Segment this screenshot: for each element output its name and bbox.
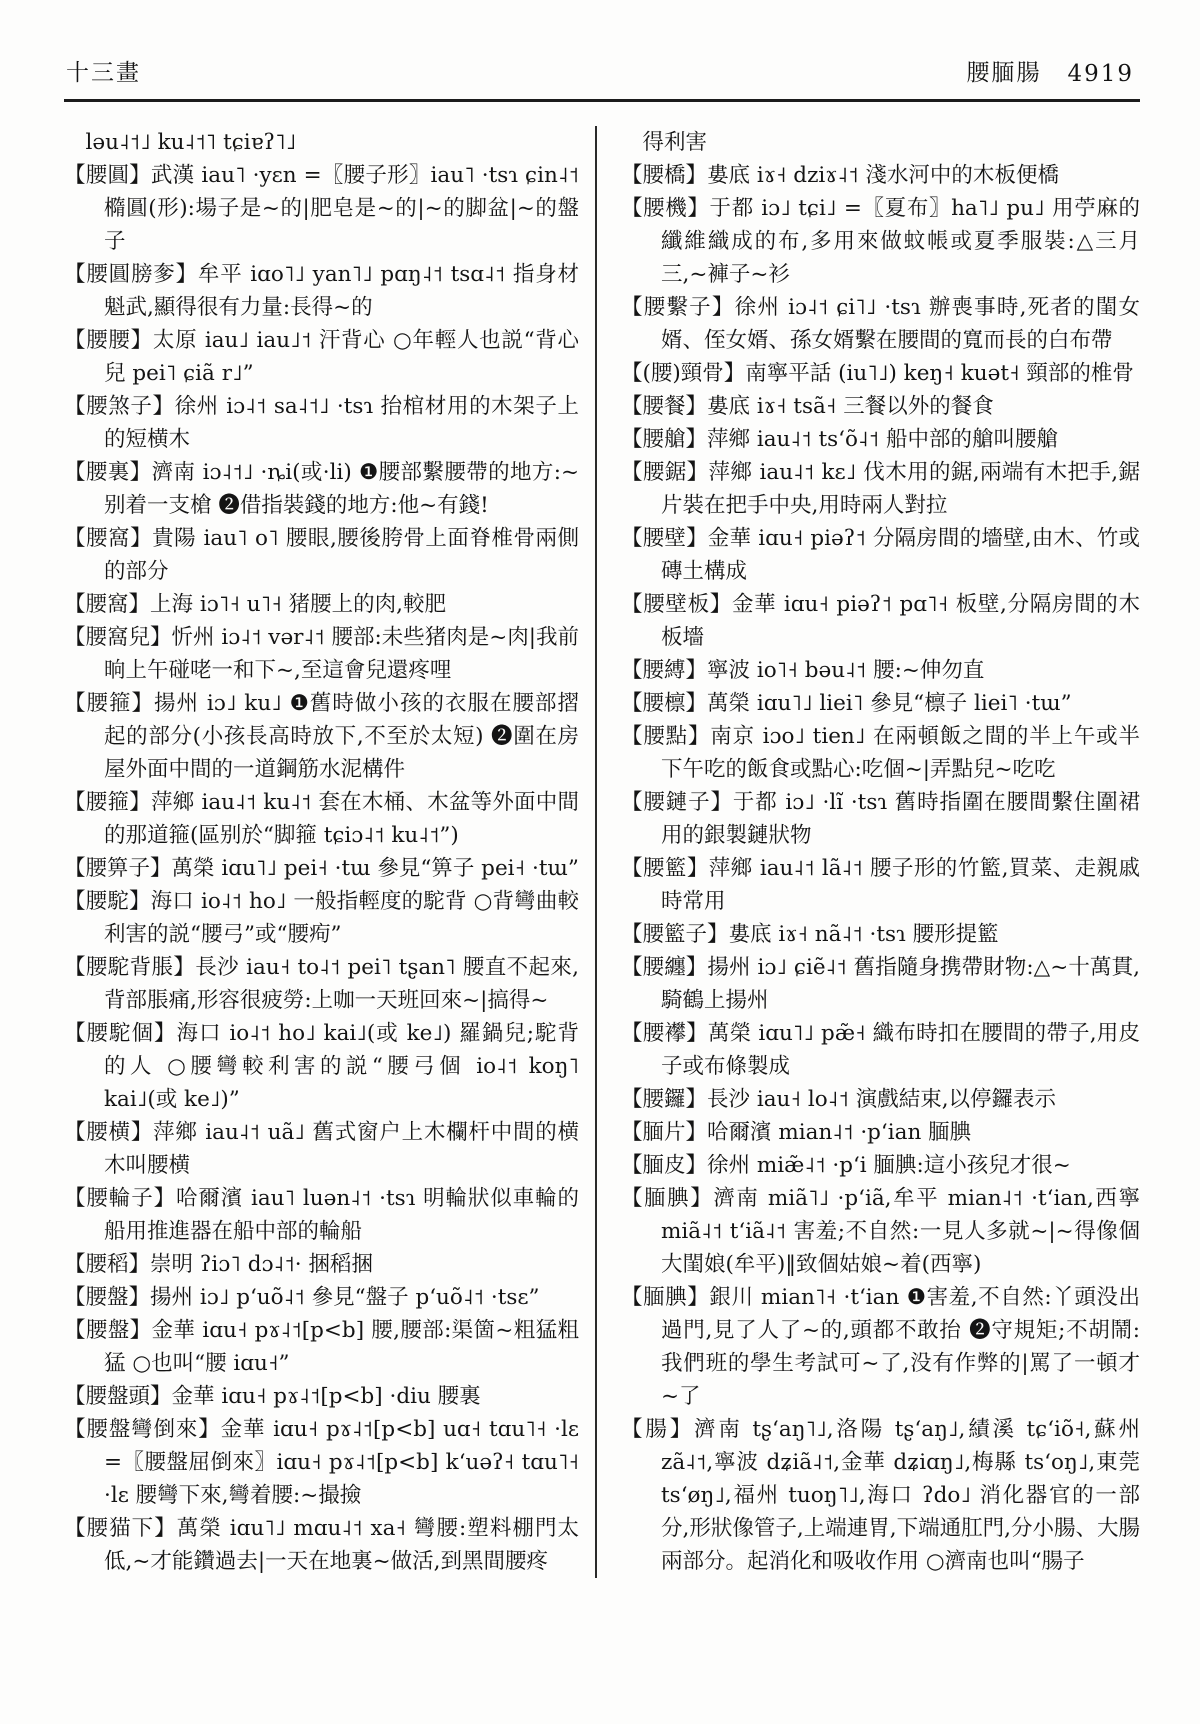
dictionary-page: 十三畫 腰腼腸 4919 ləu˨˦˩ ku˨˦˥ tɕiɐʔ˥˩【腰圓】武漢 … xyxy=(0,0,1200,1578)
dictionary-entry: 【腼皮】徐州 miæ̃˨˦ ·pʻi 腼腆:這小孩兒才很~ xyxy=(621,1149,1140,1182)
dictionary-entry: 【腰艙】萍鄉 iau˨˦ tsʻõ˨˦ 船中部的艙叫腰艙 xyxy=(621,423,1140,456)
dictionary-entry: 【腰腰】太原 iau˩ iau˩˦ 汗背心 ○年輕人也説“背心兒 pei˥ ɕi… xyxy=(64,324,579,390)
dictionary-entry: 【腰籃】萍鄉 iau˨˦ lã˨˦ 腰子形的竹籃,買菜、走親戚時常用 xyxy=(621,852,1140,918)
dictionary-entry: 【腼腆】濟南 miã˥˩ ·pʻiã,牟平 mian˨˦ ·tʻian,西寧 m… xyxy=(621,1182,1140,1281)
right-column: 得利害【腰橋】婁底 iɤ˧ dziɤ˨˦ 淺水河中的木板便橋【腰機】于都 iɔ˩… xyxy=(595,126,1140,1578)
dictionary-entry: ləu˨˦˩ ku˨˦˥ tɕiɐʔ˥˩ xyxy=(64,126,579,159)
dictionary-entry: 【腰點】南京 iɔo˩ tien˩ 在兩頓飯之間的半上午或半下午吃的飯食或點心:… xyxy=(621,720,1140,786)
dictionary-entry: 【腰壁】金華 iɑu˧ piəʔ˦ 分隔房間的墻壁,由木、竹或磚土構成 xyxy=(621,522,1140,588)
dictionary-entry: 【腰窩】上海 iɔ˥˧ u˥˧ 猪腰上的肉,較肥 xyxy=(64,588,579,621)
dictionary-entry: 得利害 xyxy=(621,126,1140,159)
dictionary-entry: 【腰橋】婁底 iɤ˧ dziɤ˨˦ 淺水河中的木板便橋 xyxy=(621,159,1140,192)
dictionary-entry: 【(腰)頸骨】南寧平話 (iu˥˩) keŋ˧ kuət˧ 頸部的椎骨 xyxy=(621,357,1140,390)
dictionary-entry: 【腰箍】萍鄉 iau˨˦ ku˨˦ 套在木桶、木盆等外面中間的那道箍(區别於“脚… xyxy=(64,786,579,852)
dictionary-entry: 【腰窩兒】忻州 iɔ˨˦ vər˨˦ 腰部:未些猪肉是~肉|我前晌上午碰咾一和下… xyxy=(64,621,579,687)
dictionary-entry: 【腰襻】萬榮 iɑu˥˩ pæ̃˧ 織布時扣在腰間的帶子,用皮子或布條製成 xyxy=(621,1017,1140,1083)
dictionary-entry: 【腼片】哈爾濱 mian˨˦ ·pʻian 腼腆 xyxy=(621,1116,1140,1149)
guide-word-group: 腰腼腸 4919 xyxy=(966,54,1134,87)
left-column: ləu˨˦˩ ku˨˦˥ tɕiɐʔ˥˩【腰圓】武漢 iau˥ ·yɛn =〖腰… xyxy=(64,126,595,1578)
dictionary-entry: 【腰駝個】海口 io˨˦ ho˩ kai˩(或 ke˩) 羅鍋兒;駝背的人 ○腰… xyxy=(64,1017,579,1116)
dictionary-entry: 【腼腆】銀川 mian˥˧ ·tʻian ❶害羞,不自然:丫頭没出過門,見了人了… xyxy=(621,1281,1140,1413)
dictionary-entry: 【腰盤頭】金華 iɑu˧ pɤ˨˦[p<b] ·diu 腰裏 xyxy=(64,1380,579,1413)
dictionary-entry: 【腰圓】武漢 iau˥ ·yɛn =〖腰子形〗iau˥ ·tsɿ ɕin˨˦ 橢… xyxy=(64,159,579,258)
dictionary-entry: 【腰盤彎倒來】金華 iɑu˧ pɤ˨˦[p<b] uɑ˧ tɑu˥˧ ·lɛ =… xyxy=(64,1413,579,1512)
dictionary-entry: 【腰鋸】萍鄉 iau˨˦ kɛ˩ 伐木用的鋸,兩端有木把手,鋸片裝在把手中央,用… xyxy=(621,456,1140,522)
dictionary-entry: 【腸】濟南 tʂʻaŋ˥˩,洛陽 tʂʻaŋ˩,績溪 tɕʻiõ˧,蘇州 zã˨… xyxy=(621,1413,1140,1578)
dictionary-entry: 【腰横】萍鄉 iau˨˦ uã˩ 舊式窗户上木欄杆中間的横木叫腰横 xyxy=(64,1116,579,1182)
dictionary-entry: 【腰裏】濟南 iɔ˨˦˩ ·ȵi(或·li) ❶腰部繫腰帶的地方:~别着一支槍 … xyxy=(64,456,579,522)
dictionary-entry: 【腰煞子】徐州 iɔ˨˦ sa˨˦˩ ·tsɿ 抬棺材用的木架子上的短横木 xyxy=(64,390,579,456)
dictionary-entry: 【腰箅子】萬榮 iɑu˥˩ pei˧ ·tɯ 參見“箅子 pei˧ ·tɯ” xyxy=(64,852,579,885)
dictionary-entry: 【腰箍】揚州 iɔ˩ ku˩ ❶舊時做小孩的衣服在腰部摺起的部分(小孩長高時放下… xyxy=(64,687,579,786)
dictionary-entry: 【腰稻】崇明 ʔiɔ˥ dɔ˨˦· 捆稻捆 xyxy=(64,1248,579,1281)
stroke-section-label: 十三畫 xyxy=(66,54,141,87)
dictionary-entry: 【腰窩】貴陽 iau˥ o˥ 腰眼,腰後胯骨上面脊椎骨兩側的部分 xyxy=(64,522,579,588)
dictionary-entry: 【腰餐】婁底 iɤ˧ tsã˧ 三餐以外的餐食 xyxy=(621,390,1140,423)
dictionary-entry: 【腰纏】揚州 iɔ˩ ɕiẽ˨˦ 舊指隨身携帶財物:△~十萬貫,騎鶴上揚州 xyxy=(621,951,1140,1017)
guide-words: 腰腼腸 xyxy=(966,54,1041,87)
page-header: 十三畫 腰腼腸 4919 xyxy=(64,54,1140,99)
dictionary-entry: 【腰盤】金華 iɑu˧ pɤ˨˦[p<b] 腰,腰部:渠箇~粗猛粗猛 ○也叫“腰… xyxy=(64,1314,579,1380)
dictionary-entry: 【腰繫子】徐州 iɔ˨˦ ɕi˥˩ ·tsɿ 辦喪事時,死者的閨女婿、侄女婿、孫… xyxy=(621,291,1140,357)
page-number: 4919 xyxy=(1067,61,1134,87)
dictionary-entry: 【腰壁板】金華 iɑu˧ piəʔ˦ pɑ˥˧ 板壁,分隔房間的木板墻 xyxy=(621,588,1140,654)
dictionary-entry: 【腰輪子】哈爾濱 iau˥ luən˨˦ ·tsɿ 明輪狀似車輪的船用推進器在船… xyxy=(64,1182,579,1248)
dictionary-entry: 【腰鏈子】于都 iɔ˩ ·lĩ ·tsɿ 舊時指圍在腰間繫住圍裙用的銀製鏈狀物 xyxy=(621,786,1140,852)
dictionary-entry: 【腰駝】海口 io˨˦ ho˩ 一般指輕度的駝背 ○背彎曲較利害的説“腰弓”或“… xyxy=(64,885,579,951)
dictionary-entry: 【腰縛】寧波 io˥˧ bəu˨˦ 腰:~伸勿直 xyxy=(621,654,1140,687)
dictionary-entry: 【腰鑼】長沙 iau˧ lo˨˦ 演戲結束,以停鑼表示 xyxy=(621,1083,1140,1116)
dictionary-entry: 【腰機】于都 iɔ˩ tɕi˩ =〖夏布〗ha˥˩ pu˩ 用苧麻的纖維織成的布… xyxy=(621,192,1140,291)
dictionary-entry: 【腰猫下】萬榮 iɑu˥˩ mɑu˨˦ xa˧ 彎腰:塑料棚門太低,~才能鑽過去… xyxy=(64,1512,579,1578)
dictionary-entry: 【腰盤】揚州 iɔ˩ pʻuõ˨˦ 參見“盤子 pʻuõ˨˦ ·tsɛ” xyxy=(64,1281,579,1314)
dictionary-entry: 【腰檩】萬榮 iɑu˥˩ liei˥ 參見“檩子 liei˥ ·tɯ” xyxy=(621,687,1140,720)
dictionary-entry: 【腰籃子】婁底 iɤ˧ nã˨˦ ·tsɿ 腰形提籃 xyxy=(621,918,1140,951)
dictionary-entry: 【腰圓膀奓】牟平 iɑo˥˩ yan˥˩ pɑŋ˨˦ tsɑ˨˦ 指身材魁武,顯… xyxy=(64,258,579,324)
dictionary-entry: 【腰駝背脹】長沙 iau˧ to˨˦ pei˥ tʂan˥ 腰直不起來,背部脹痛… xyxy=(64,951,579,1017)
columns: ləu˨˦˩ ku˨˦˥ tɕiɐʔ˥˩【腰圓】武漢 iau˥ ·yɛn =〖腰… xyxy=(64,126,1140,1578)
header-rule xyxy=(64,99,1140,102)
